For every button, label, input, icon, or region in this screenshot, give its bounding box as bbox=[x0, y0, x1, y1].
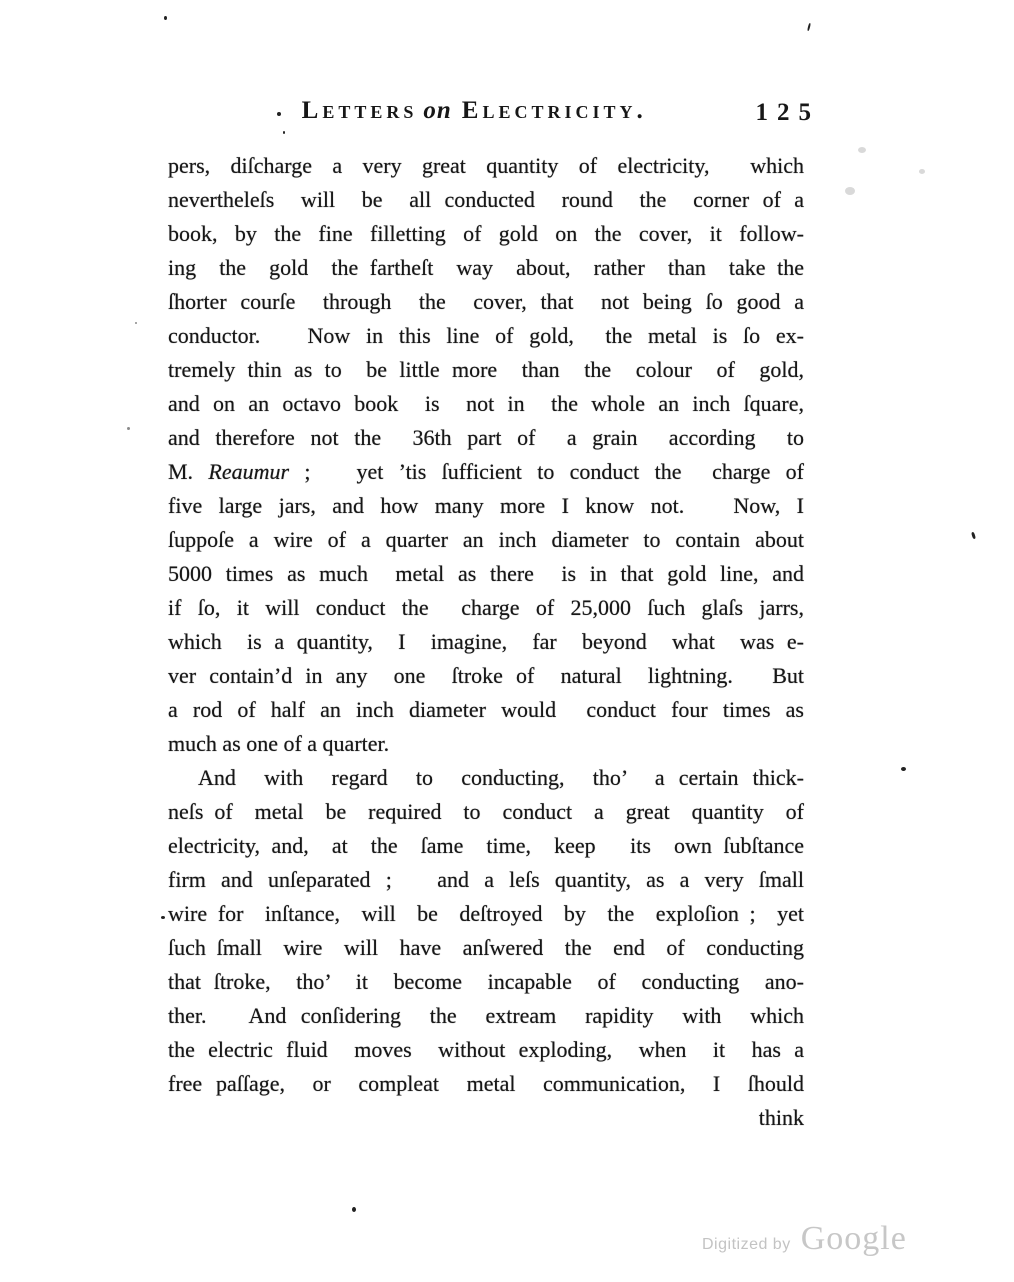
title-word-letters: Letters bbox=[302, 97, 418, 124]
text-line: conductor. Now in this line of gold, the… bbox=[168, 319, 804, 353]
scan-speck bbox=[164, 16, 167, 20]
watermark: Digitized by Google bbox=[702, 1220, 907, 1258]
text-line: if ſo, it will conduct the charge of 25,… bbox=[168, 591, 804, 625]
scan-speck bbox=[858, 147, 866, 153]
text-line: nevertheleſs will be all conducted round… bbox=[168, 183, 804, 217]
text-line: and therefore not the 36th part of a gra… bbox=[168, 421, 804, 455]
text-line: think bbox=[168, 1101, 804, 1135]
text-line: much as one of a quarter. bbox=[168, 727, 804, 761]
scan-speck bbox=[127, 427, 130, 430]
text-line: ther. And conſidering the extream rapidi… bbox=[168, 999, 804, 1033]
body-lines: pers, diſcharge a very great quantity of… bbox=[168, 149, 804, 1135]
text-line: book, by the fine filletting of gold on … bbox=[168, 217, 804, 251]
text-line: neſs of metal be required to conduct a g… bbox=[168, 795, 804, 829]
digitized-by-label: Digitized by bbox=[702, 1236, 791, 1254]
scan-speck bbox=[845, 187, 855, 195]
text-line: the electric fluid moves without explodi… bbox=[168, 1033, 804, 1067]
scan-speck bbox=[807, 23, 811, 31]
scan-speck bbox=[901, 767, 906, 771]
scan-speck bbox=[283, 131, 285, 134]
scan-speck bbox=[277, 112, 281, 116]
text-line: electricity, and, at the ſame time, keep… bbox=[168, 829, 804, 863]
text-line: 5000 times as much metal as there is in … bbox=[168, 557, 804, 591]
running-head: LettersonElectricity. 125 bbox=[168, 97, 808, 139]
title-conjunction: on bbox=[423, 97, 451, 124]
text-line: ver contain’d in any one ſtroke of natur… bbox=[168, 659, 804, 693]
text-line: free paſſage, or compleat metal communic… bbox=[168, 1067, 804, 1101]
scan-speck bbox=[971, 532, 976, 540]
title-word-electricity: Electricity. bbox=[462, 97, 647, 124]
scan-speck bbox=[135, 322, 137, 324]
text-line: which is a quantity, I imagine, far beyo… bbox=[168, 625, 804, 659]
text-line: ſuppoſe a wire of a quarter an inch diam… bbox=[168, 523, 804, 557]
scan-speck bbox=[919, 169, 925, 174]
text-line: and on an octavo book is not in the whol… bbox=[168, 387, 804, 421]
text-line: pers, diſcharge a very great quantity of… bbox=[168, 149, 804, 183]
text-line: a rod of half an inch diameter would con… bbox=[168, 693, 804, 727]
text-line: M. Reaumur ; yet ’tis ſufficient to cond… bbox=[168, 455, 804, 489]
text-line: ſhorter courſe through the cover, that n… bbox=[168, 285, 804, 319]
text-line: five large jars, and how many more I kno… bbox=[168, 489, 804, 523]
text-line: that ſtroke, tho’ it become incapable of… bbox=[168, 965, 804, 999]
scanned-book-page: LettersonElectricity. 125 pers, diſcharg… bbox=[0, 0, 1014, 1282]
text-line: ſuch ſmall wire will have anſwered the e… bbox=[168, 931, 804, 965]
page-title: LettersonElectricity. bbox=[302, 97, 647, 125]
page-number: 125 bbox=[756, 99, 821, 127]
google-logo: Google bbox=[801, 1220, 907, 1258]
scan-speck bbox=[352, 1207, 356, 1212]
text-line: ing the gold the fartheſt way about, rat… bbox=[168, 251, 804, 285]
text-line: firm and unſeparated ; and a leſs quanti… bbox=[168, 863, 804, 897]
text-line: And with regard to conducting, tho’ a ce… bbox=[168, 761, 804, 795]
text-line: wire for inſtance, will be deſtroyed by … bbox=[168, 897, 804, 931]
scan-speck bbox=[161, 916, 165, 919]
text-line: tremely thin as to be little more than t… bbox=[168, 353, 804, 387]
